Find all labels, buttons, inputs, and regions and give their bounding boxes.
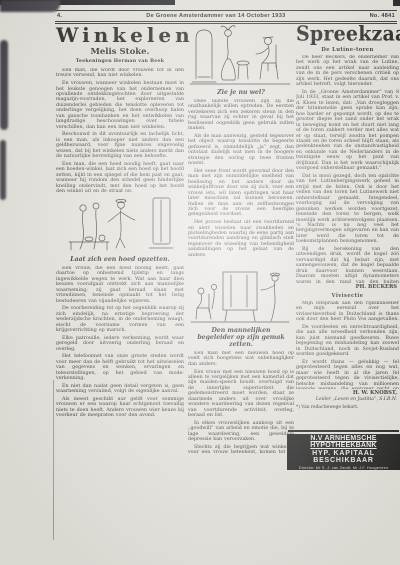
illustration-caption: Laat zich een hoed opzetten.: [56, 256, 184, 263]
article-paragraph: Deze laatste vrouwen zijn zij die onafha…: [188, 99, 294, 132]
illustration-screen-scene: [189, 267, 293, 325]
section-heading: Vivisectie: [296, 293, 399, 299]
article-paragraph: Elke patrouille, iedere verkenning, word…: [56, 336, 184, 352]
issue-number: No. 4841: [370, 13, 395, 19]
article-paragraph: Een man met een nieuwen hoed op voelt zi…: [188, 351, 294, 367]
illustration-caption: Den mannelijken begeleider op zijn gemak…: [195, 327, 286, 348]
advert-offer: HYP. KAPITAAL BESCHIKBAAR: [288, 450, 399, 464]
article-paragraph: In elken vrouwelijken aankoop zit een „g…: [188, 421, 294, 443]
fold-line: [53, 380, 54, 540]
scan-edge: [0, 40, 8, 130]
left-column: Winkelen Melis Stoke. Teekeningen Herman…: [56, 25, 184, 462]
article-paragraph: Mijn lofspraak aan den rijkskanselier en…: [296, 301, 399, 323]
article-title-winkelen: Winkelen: [56, 25, 184, 45]
article-paragraph: Een man, die een hoed noodig heeft, gaat…: [56, 162, 184, 192]
article-paragraph: In de „Groene Amsterdammer” van 8 Juli 1…: [296, 90, 399, 172]
article-paragraph: Het telefoonnet van onze groote steden w…: [56, 354, 184, 381]
article-paragraph: Het proces bestaat uit een voortdurend e…: [188, 220, 294, 258]
masthead-title: De Groene Amsterdammer van 14 October 19…: [146, 13, 285, 19]
page-number: 4.: [57, 13, 62, 19]
article-paragraph: Als de man aanwezig, gesteld tegenover h…: [188, 134, 294, 167]
illustration-hat-shop: [61, 192, 179, 254]
illustration-mirror-scene: [188, 21, 294, 87]
scan-edge: [393, 0, 400, 6]
scan-edge: [0, 140, 6, 200]
letter-signature: H. W. KNOBST,: [296, 390, 397, 396]
advert-bank-name: N.V ARNHEMSCHE HYPOTHEEKBANK: [288, 435, 399, 449]
article-paragraph: Een vrouw met een nieuwen hoed op is all…: [188, 370, 294, 419]
article-paragraph: En niet dan nadat geen detail vergeten i…: [56, 384, 184, 395]
advert-rule: [288, 430, 399, 432]
article-paragraph: Een vrouw, die een hoed noodig heeft, ga…: [56, 266, 184, 304]
editorial-footnote: *) Van redactiewege bekort.: [296, 405, 399, 410]
article-title-spreekzaal: Spreekzaal: [296, 24, 399, 45]
letter-signature-role: Leider „Leven en Justitia”, S.I.B.N.: [296, 397, 397, 402]
newspaper-page: 4. De Groene Amsterdammer van 14 October…: [0, 0, 400, 565]
section-heading: De Lutine-toren: [296, 47, 399, 53]
advert-directors: Directie: Mr S. J. van Zandt, Mr J.F. Ho…: [288, 466, 399, 470]
article-paragraph: Als meest geschikt uur geldt voor sommig…: [56, 397, 184, 419]
right-column: Spreekzaal De Lutine-toren De heer Becke…: [296, 25, 399, 410]
article-paragraph: Beschouwd in dit avontuurlijk en lacheli…: [56, 132, 184, 159]
article-byline: Teekeningen Herman van Beek: [56, 59, 184, 64]
article-paragraph: De voordeelen en onrechtvaardigheid, die…: [296, 325, 399, 358]
article-paragraph: Dat is mooi gezegd, doch ten opzichte va…: [296, 174, 399, 245]
article-author: Melis Stoke.: [56, 47, 184, 57]
article-paragraph: En vrouwen, wanneer winkelen bestaan moe…: [56, 81, 184, 130]
scan-edge: [0, 0, 60, 12]
illustration-caption: Zie je nu wel?: [188, 89, 294, 96]
article-paragraph: De voorbereiding tot op het oogenblik wa…: [56, 306, 184, 333]
article-paragraph: Een man, die wordt door vrouwen tot in d…: [56, 68, 184, 79]
article-paragraph: Er wordt thans — gelukkig — fel geprotes…: [296, 360, 399, 389]
article-paragraph: Slechts zij die begrijpen wat winkelen v…: [188, 445, 294, 455]
article-paragraph: Het eene front wordt gevormd door den ma…: [188, 169, 294, 218]
advert-hypotheekbank: N.V ARNHEMSCHE HYPOTHEEKBANK HYP. KAPITA…: [288, 435, 399, 469]
middle-column: Zie je nu wel? Deze laatste vrouwen zijn…: [188, 21, 294, 455]
letter-signature: PH. BECKERS: [296, 284, 397, 290]
article-paragraph: Bij de berekening van den uitwendigen dr…: [296, 247, 399, 283]
article-paragraph: De heer Beckers, de ondernemer van het w…: [296, 55, 399, 88]
